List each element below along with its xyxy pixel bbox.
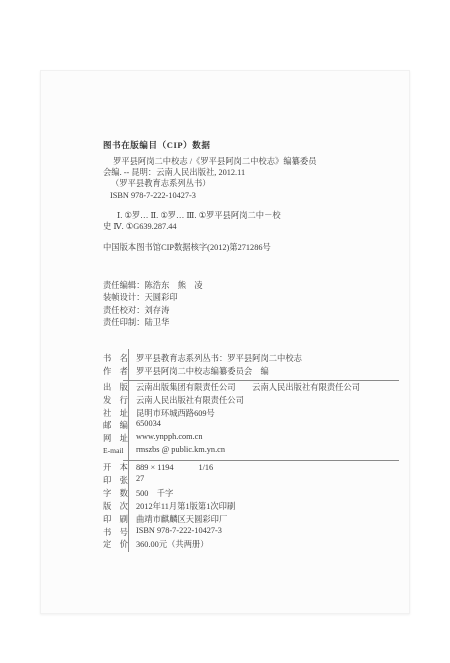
cip-title-line: 罗平县阿岗二中校志 /《罗平县阿岗二中校志》编纂委员 bbox=[103, 156, 317, 167]
row-label: E-mail bbox=[103, 446, 124, 455]
cip-publisher-line: 会编. -- 昆明：云南人民出版社, 2012.11 bbox=[103, 167, 317, 178]
row-value: 889 × 1194 1/16 bbox=[136, 461, 213, 473]
table-row-price: 定 价 360.00元（共两册） bbox=[103, 537, 399, 550]
classification-line-1: Ⅰ. ①罗… Ⅱ. ①罗… Ⅲ. ①罗平县阿岗二中－校 bbox=[103, 210, 281, 221]
table-row-address: 社 址 昆明市环城西路609号 bbox=[103, 406, 399, 419]
colophon-table: 书 名 罗平县教育志系列丛书：罗平县阿岗二中校志 作 者 罗平县阿岗二中校志编纂… bbox=[103, 351, 399, 550]
staff-row-proofread: 责任校对：刘存涛 bbox=[103, 305, 203, 317]
cip-isbn-line: ISBN 978-7-222-10427-3 bbox=[103, 190, 317, 201]
row-label: 出 版 bbox=[103, 381, 128, 393]
cip-series-line: （罗平县教育志系列丛书） bbox=[103, 178, 317, 189]
row-label: 网 址 bbox=[103, 432, 128, 444]
row-value: www.ynpph.com.cn bbox=[136, 432, 203, 441]
row-label: 版 次 bbox=[103, 500, 128, 512]
row-label: 字 数 bbox=[103, 487, 128, 499]
cip-data-block: 罗平县阿岗二中校志 /《罗平县阿岗二中校志》编纂委员 会编. -- 昆明：云南人… bbox=[103, 156, 317, 201]
row-value: 500 千字 bbox=[136, 487, 173, 499]
staff-name: 天圆彩印 bbox=[145, 293, 178, 302]
staff-role: 责任校对： bbox=[103, 306, 145, 315]
row-label: 邮 编 bbox=[103, 419, 128, 431]
staff-name: 陆卫华 bbox=[145, 318, 170, 327]
row-value: 罗平县教育志系列丛书：罗平县阿岗二中校志 bbox=[136, 352, 302, 364]
table-row-email: E-mail rmszbs @ public.km.yn.cn bbox=[103, 444, 399, 457]
table-row-distributor: 发 行 云南人民出版社有限责任公司 bbox=[103, 393, 399, 406]
row-value: 罗平县阿岗二中校志编纂委员会 编 bbox=[136, 365, 269, 377]
table-row-isbn: 书 号 ISBN 978-7-222-10427-3 bbox=[103, 525, 399, 538]
row-label: 开 本 bbox=[103, 461, 128, 473]
row-value: ISBN 978-7-222-10427-3 bbox=[136, 526, 222, 535]
row-label: 印 刷 bbox=[103, 513, 128, 525]
row-label: 书 名 bbox=[103, 352, 128, 364]
staff-name: 陈浩东 熊 凌 bbox=[145, 281, 203, 290]
book-copyright-page: 图书在版编目（CIP）数据 罗平县阿岗二中校志 /《罗平县阿岗二中校志》编纂委员… bbox=[40, 70, 410, 614]
staff-row-design: 装帧设计：天圆彩印 bbox=[103, 292, 203, 304]
staff-role: 装帧设计： bbox=[103, 293, 145, 302]
table-row-edition: 版 次 2012年11月第1版第1次印刷 bbox=[103, 499, 399, 512]
row-label: 社 址 bbox=[103, 407, 128, 419]
table-row-author: 作 者 罗平县阿岗二中校志编纂委员会 编 bbox=[103, 364, 399, 377]
cip-classification-block: Ⅰ. ①罗… Ⅱ. ①罗… Ⅲ. ①罗平县阿岗二中－校 史 Ⅳ. ①G639.2… bbox=[103, 210, 281, 232]
cip-record-number: 中国版本图书馆CIP数据核字(2012)第271286号 bbox=[103, 241, 271, 253]
staff-role: 责任编辑： bbox=[103, 281, 145, 290]
cip-heading: 图书在版编目（CIP）数据 bbox=[103, 139, 210, 151]
staff-role: 责任印制： bbox=[103, 318, 145, 327]
row-label: 发 行 bbox=[103, 394, 128, 406]
row-value: 曲靖市麒麟区天圆彩印厂 bbox=[136, 513, 227, 525]
table-row-printer: 印 刷 曲靖市麒麟区天圆彩印厂 bbox=[103, 512, 399, 525]
classification-line-2: 史 Ⅳ. ①G639.287.44 bbox=[103, 221, 281, 232]
staff-credits-block: 责任编辑：陈浩东 熊 凌 装帧设计：天圆彩印 责任校对：刘存涛 责任印制：陆卫华 bbox=[103, 280, 203, 330]
table-row-sheets: 印 张 27 bbox=[103, 473, 399, 486]
row-value: rmszbs @ public.km.yn.cn bbox=[136, 445, 225, 454]
row-label: 书 号 bbox=[103, 526, 128, 538]
row-value: 云南人民出版社有限责任公司 bbox=[136, 394, 244, 406]
row-value: 27 bbox=[136, 474, 144, 483]
row-value: 2012年11月第1版第1次印刷 bbox=[136, 500, 235, 512]
staff-name: 刘存涛 bbox=[145, 306, 170, 315]
row-value: 360.00元（共两册） bbox=[136, 538, 209, 550]
row-value: 昆明市环城西路609号 bbox=[136, 407, 215, 419]
table-row-website: 网 址 www.ynpph.com.cn bbox=[103, 431, 399, 444]
row-label: 印 张 bbox=[103, 474, 128, 486]
row-value: 云南出版集团有限责任公司 云南人民出版社有限责任公司 bbox=[136, 381, 360, 393]
row-label: 作 者 bbox=[103, 365, 128, 377]
table-row-publisher: 出 版 云南出版集团有限责任公司 云南人民出版社有限责任公司 bbox=[103, 380, 399, 393]
row-label: 定 价 bbox=[103, 538, 128, 550]
table-row-wordcount: 字 数 500 千字 bbox=[103, 486, 399, 499]
table-row-format: 开 本 889 × 1194 1/16 bbox=[103, 460, 399, 473]
staff-row-editor: 责任编辑：陈浩东 熊 凌 bbox=[103, 280, 203, 292]
row-value: 650034 bbox=[136, 419, 161, 428]
table-row-postcode: 邮 编 650034 bbox=[103, 418, 399, 431]
staff-row-print-supervisor: 责任印制：陆卫华 bbox=[103, 317, 203, 329]
table-row-title: 书 名 罗平县教育志系列丛书：罗平县阿岗二中校志 bbox=[103, 351, 399, 364]
